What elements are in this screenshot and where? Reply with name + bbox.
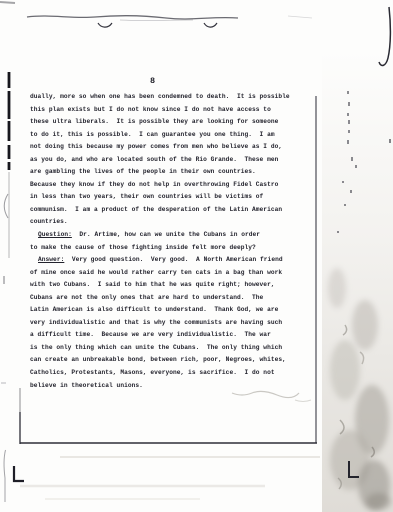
text-line: these ultra liberals. It is possible the… <box>30 116 296 129</box>
text-line: this plan exists but I do not know since… <box>30 104 296 117</box>
bottom-right-registration-mark <box>349 461 359 477</box>
text-line: dually, more so when one has been condem… <box>30 91 296 104</box>
text-line: is the only thing which can unite the Cu… <box>30 342 296 355</box>
left-binding-streak <box>1 72 9 383</box>
text-line: in less than two years, their own countr… <box>30 191 296 204</box>
text-line: Because they know if they do not help in… <box>30 179 296 192</box>
top-left-corner-mark <box>0 2 15 3</box>
text-line: believe in theoretical unions. <box>30 380 296 393</box>
scan-noise-blob <box>366 493 391 510</box>
text-line: Answer: Very good question. Very good. A… <box>30 254 296 267</box>
scan-noise-blob <box>355 385 389 455</box>
scan-noise-blob <box>330 340 360 400</box>
text-line: to make the cause of those fighting insi… <box>30 242 296 255</box>
scan-noise-blob <box>352 300 378 350</box>
scan-noise-blob <box>330 430 370 490</box>
text-line: Latin American is also difficult to unde… <box>30 304 296 317</box>
text-line: are gambling the lives of the people in … <box>30 166 296 179</box>
typewritten-text-block: dually, more so when one has been condem… <box>30 91 296 392</box>
text-line: countries. <box>30 216 296 229</box>
text-line: to do it, this is possible. I can guaran… <box>30 129 296 142</box>
top-fold-line <box>27 16 312 28</box>
bottom-smudge-lines <box>20 391 320 499</box>
text-line: of mine once said he would rather carry … <box>30 267 296 280</box>
text-line: a difficult time. Because we are very in… <box>30 329 296 342</box>
underlined-label: Answer: <box>38 256 64 263</box>
text-line: can create an unbreakable bond, between … <box>30 354 296 367</box>
scan-edge-shading <box>322 50 393 512</box>
scanned-document-page: 8 dually, more so when one has been cond… <box>0 0 393 512</box>
text-line: Question: Dr. Artime, how can we unite t… <box>30 229 296 242</box>
text-line: Catholics, Protestants, Masons, everyone… <box>30 367 296 380</box>
text-line: very individualistic and that is why the… <box>30 317 296 330</box>
text-line: as you do, and who are located south of … <box>30 154 296 167</box>
underlined-label: Question: <box>38 231 72 238</box>
text-line: Cubans are not the only ones that are ha… <box>30 292 296 305</box>
right-edge-pen-stroke <box>379 7 390 143</box>
page-number: 8 <box>150 76 155 86</box>
text-line: communism. I am a product of the despera… <box>30 204 296 217</box>
bottom-left-registration-mark <box>4 450 24 502</box>
scan-noise-blob <box>328 268 346 308</box>
text-line: not doing this because my power comes fr… <box>30 141 296 154</box>
text-line: with two Cubans. I said to him that he w… <box>30 279 296 292</box>
scan-noise-blob <box>358 460 390 510</box>
right-margin-ink-specks <box>338 91 374 489</box>
